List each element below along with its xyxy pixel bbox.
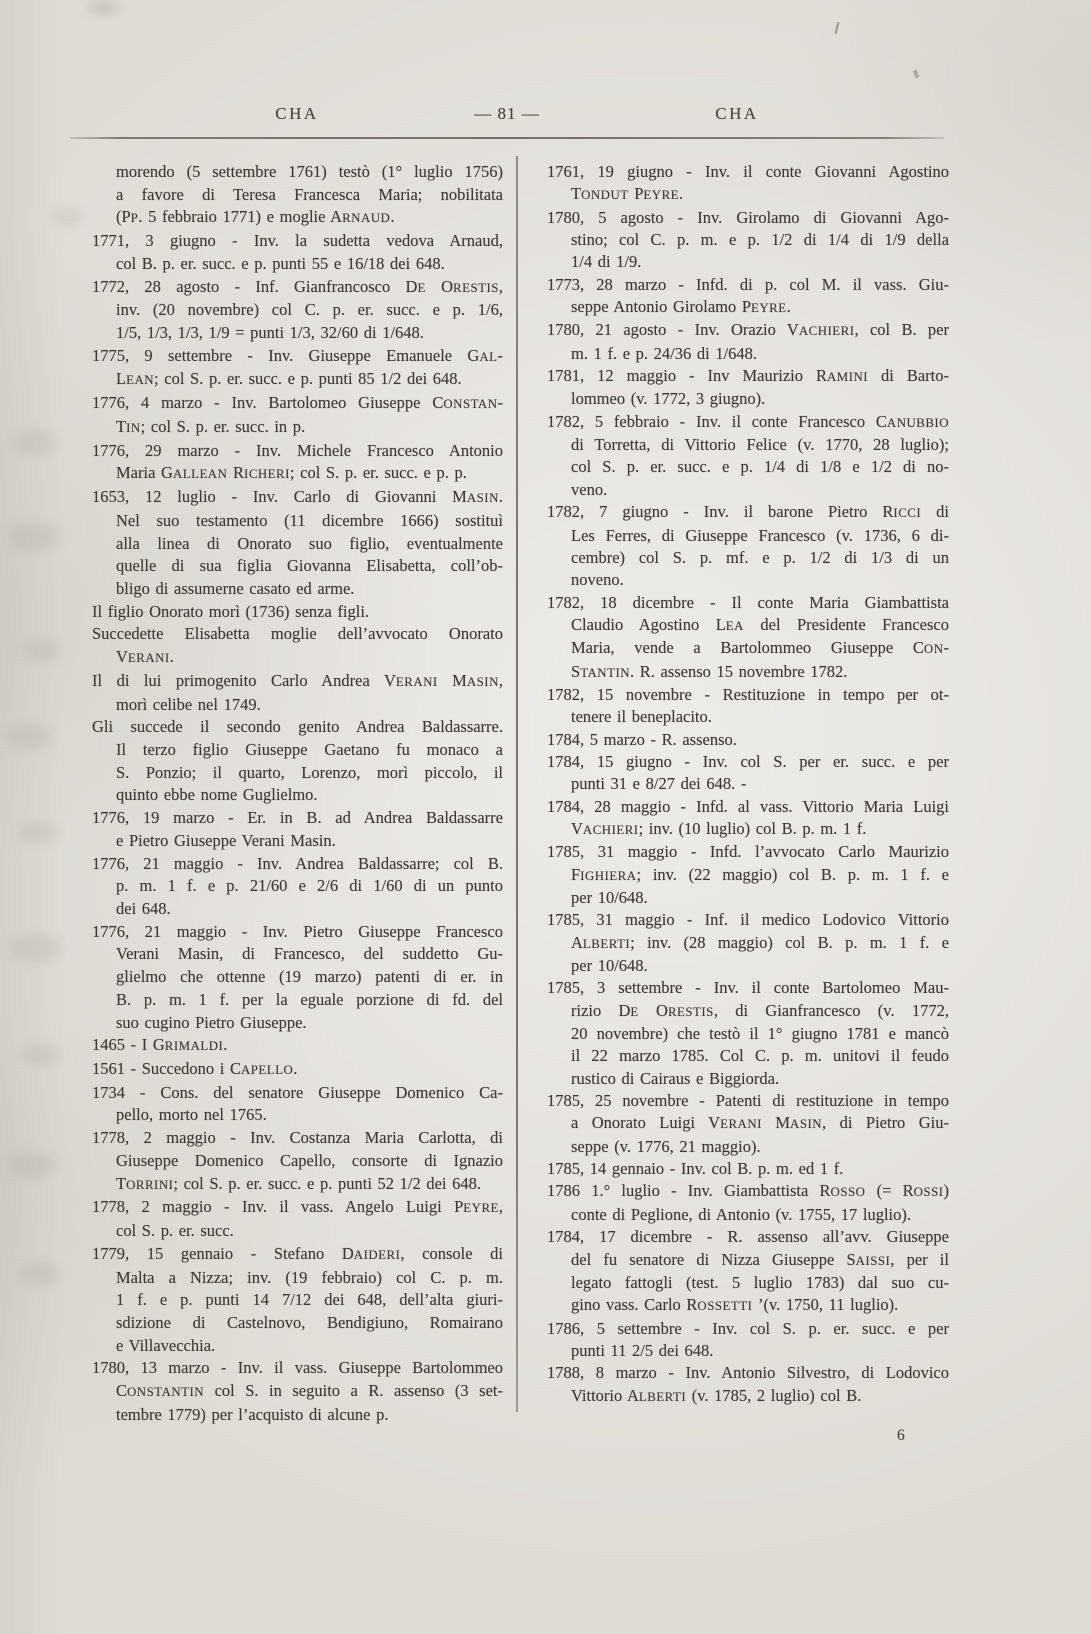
text-line: di Torretta, di Vittorio Felice (v. 1770… [547,434,949,456]
text-line: seppe (v. 1776, 21 maggio). [547,1136,949,1158]
text-line: Vittorio ALBERTI (v. 1785, 2 luglio) col… [547,1385,949,1408]
scan-smudge [8,522,60,552]
text-line: 1761, 19 giugno - Inv. il conte Giovanni… [547,161,949,183]
text-line: 1775, 9 settembre - Inv. Giuseppe Emanue… [92,345,503,369]
text-line: 20 novembre) che testò il 1° giugno 1781… [547,1023,949,1045]
text-line: CONSTANTIN col S. in seguito a R. assens… [92,1380,503,1404]
running-head-left: CHA [275,104,318,124]
text-line: Nel suo testamento (11 dicembre 1666) so… [92,510,503,533]
text-line: 1773, 28 marzo - Infd. di p. col M. il v… [547,274,949,296]
text-line: 1785, 31 maggio - Inf. il medico Lodovic… [547,909,949,931]
text-line: 1782, 15 novembre - Restituzione in temp… [547,684,949,706]
scan-smudge [18,822,58,844]
text-line: 1784, 5 marzo - R. assenso. [547,729,949,751]
text-line: alla linea di Onorato suo figlio, eventu… [92,533,503,556]
text-line: per 10/648. [547,887,949,909]
text-line: gino vass. Carlo ROSSETTI ’(v. 1750, 11 … [547,1294,949,1317]
text-line: Gli succede il secondo genito Andrea Bal… [92,716,503,739]
scan-smudge [14,430,56,456]
text-line: col S. p. er. succ. e p. 1/4 di 1/8 e 1/… [547,456,949,478]
text-line: 1784, 17 dicembre - R. assenso all’avv. … [547,1226,949,1248]
scan-smudge [86,2,120,14]
text-line: 1778, 2 maggio - Inv. Costanza Maria Car… [92,1127,503,1150]
text-line: inv. (20 novembre) col C. p. er. succ. e… [92,299,503,322]
scan-speck [835,22,840,34]
text-column-right: 1761, 19 giugno - Inv. il conte Giovanni… [547,161,949,1408]
text-line: 1/4 di 1/9. [547,251,949,273]
text-line: morì celibe nel 1749. [92,694,503,717]
text-line: TIN; col S. p. er. succ. in p. [92,416,503,440]
text-line: 1734 - Cons. del senatore Giuseppe Domen… [92,1082,503,1105]
text-line: quinto ebbe nome Guglielmo. [92,784,503,807]
text-line: il 22 marzo 1785. Col C. p. m. unitovi i… [547,1045,949,1067]
scan-smudge [8,1152,56,1178]
text-line: 1771, 3 giugno - Inv. la sudetta vedova … [92,230,503,253]
text-line: cembre) col S. p. mf. e p. 1/2 di 1/3 di… [547,547,949,569]
text-line: 1784, 28 maggio - Infd. al vass. Vittori… [547,796,949,818]
page-number: — 81 — [474,104,540,124]
text-line: bligo di assumerne casato ed arme. [92,578,503,601]
text-line: 1779, 15 gennaio - Stefano DAIDERI, cons… [92,1243,503,1267]
text-line: 1653, 12 luglio - Inv. Carlo di Giovanni… [92,486,503,510]
text-line: tenere il beneplacito. [547,706,949,728]
scan-speck [913,70,920,79]
text-line: 1780, 5 agosto - Inv. Girolamo di Giovan… [547,207,949,229]
text-line: 1786 1.° luglio - Inv. Giambattista ROSS… [547,1180,949,1203]
signature-mark: 6 [897,1427,905,1445]
text-line: S. Ponzio; il quarto, Lorenzo, morì picc… [92,762,503,785]
text-line: a Onorato Luigi VERANI MASIN, di Pietro … [547,1112,949,1135]
text-line: LEAN; col S. p. er. succ. e p. punti 85 … [92,368,503,392]
text-line: 1786, 5 settembre - Inv. col S. p. er. s… [547,1318,949,1340]
text-line: Maria GALLEAN RICHERI; col S. p. er. suc… [92,462,503,486]
text-line: 1782, 7 giugno - Inv. il barone Pietro R… [547,501,949,524]
text-line: Il terzo figlio Giuseppe Gaetano fu mona… [92,739,503,762]
text-line: Il di lui primogenito Carlo Andrea VERAN… [92,670,503,694]
text-line: col S. p. er. succ. [92,1220,503,1243]
text-line: col B. p. er. succ. e p. punti 55 e 16/1… [92,253,503,276]
running-head-right: CHA [715,104,758,124]
text-line: conte di Peglione, di Antonio (v. 1755, … [547,1204,949,1226]
text-line: 1780, 13 marzo - Inv. il vass. Giuseppe … [92,1357,503,1380]
book-page: CHA — 81 — CHA morendo (5 settembre 1761… [0,0,1091,1634]
text-line: a favore di Teresa Francesca Maria; nobi… [92,184,503,207]
text-line: rizio DE ORESTIS, di Gianfrancesco (v. 1… [547,1000,949,1023]
text-line: morendo (5 settembre 1761) testò (1° lug… [92,161,503,184]
text-line: 1785, 14 gennaio - Inv. col B. p. m. ed … [547,1158,949,1180]
text-line: Claudio Agostino LEA del Presidente Fran… [547,614,949,637]
text-line: noveno. [547,569,949,591]
text-line: TORRINI; col S. p. er. succ. e p. punti … [92,1173,503,1197]
text-line: 1781, 12 maggio - Inv Maurizio RAMINI di… [547,365,949,388]
text-line: rustico di Cairaus e Biggiorda. [547,1068,949,1090]
text-line: 1561 - Succedono i CAPELLO. [92,1058,503,1082]
text-line: 1776, 21 maggio - Inv. Andrea Baldassarr… [92,853,503,876]
text-line: 1785, 31 maggio - Infd. l’avvocato Carlo… [547,841,949,863]
text-line: B. p. m. 1 f. per la eguale porzione di … [92,989,503,1012]
text-line: 1778, 2 maggio - Inv. il vass. Angelo Lu… [92,1196,503,1220]
text-line: e Villavecchia. [92,1335,503,1358]
text-line: p. m. 1 f. e p. 21/60 e 2/6 di 1/60 di u… [92,875,503,898]
text-line: 1772, 28 agosto - Inf. Gianfrancosco DE … [92,276,503,300]
text-line: sdizione di Castelnovo, Bendigiuno, Roma… [92,1312,503,1335]
column-divider-rule [516,156,518,1412]
text-line: glielmo che ottenne (19 marzo) patenti d… [92,966,503,989]
text-line: 1776, 19 marzo - Er. in B. ad Andrea Bal… [92,807,503,830]
text-line: 1776, 4 marzo - Inv. Bartolomeo Giuseppe… [92,392,503,416]
text-line: FIGHIERA; inv. (22 maggio) col B. p. m. … [547,864,949,887]
text-line: 1 f. e p. punti 14 7/12 dei 648, dell’al… [92,1289,503,1312]
text-line: 1788, 8 marzo - Inv. Antonio Silvestro, … [547,1362,949,1384]
text-line: legato fattogli (test. 5 luglio 1783) da… [547,1272,949,1294]
text-line: 1782, 5 febbraio - Inv. il conte Frances… [547,411,949,434]
scan-smudge [52,208,82,226]
text-line: stino; col C. p. m. e p. 1/2 di 1/4 di 1… [547,229,949,251]
text-line: Giuseppe Domenico Capello, consorte di I… [92,1150,503,1173]
text-line: Verani Masin, di Francesco, del suddetto… [92,943,503,966]
text-line: Il figlio Onorato morì (1736) senza figl… [92,601,503,624]
text-line: suo cugino Pietro Giuseppe. [92,1012,503,1035]
text-line: TONDUT PEYRE. [547,183,949,206]
text-line: m. 1 f. e p. 24/36 di 1/648. [547,343,949,365]
scan-smudge [10,934,62,962]
text-line: 1782, 18 dicembre - Il conte Maria Giamb… [547,592,949,614]
text-line: 1465 - I GRIMALDI. [92,1034,503,1058]
text-line: punti 11 2/5 dei 648. [547,1340,949,1362]
text-line: per 10/648. [547,955,949,977]
text-line: STANTIN. R. assenso 15 novembre 1782. [547,661,949,684]
text-line: 1776, 29 marzo - Inv. Michele Francesco … [92,440,503,463]
scan-smudge [22,1044,60,1066]
text-line: 1/5, 1/3, 1/3, 1/9 = punti 1/3, 32/60 di… [92,322,503,345]
text-line: 1784, 15 giugno - Inv. col S. per er. su… [547,751,949,773]
text-line: 1785, 25 novembre - Patenti di restituzi… [547,1090,949,1112]
scan-smudge [20,1262,60,1286]
text-line: Succedette Elisabetta moglie dell’avvoca… [92,623,503,646]
text-column-left: morendo (5 settembre 1761) testò (1° lug… [92,161,503,1427]
text-line: quelle di sua figlia Giovanna Elisabetta… [92,555,503,578]
text-line: veno. [547,479,949,501]
text-line: 1776, 21 maggio - Inv. Pietro Giuseppe F… [92,921,503,944]
text-line: punti 31 e 8/27 dei 648. - [547,773,949,795]
text-line: Maria, vende a Bartolommeo Giuseppe CON- [547,637,949,660]
header-rule [70,137,944,139]
text-line: ALBERTI; inv. (28 maggio) col B. p. m. 1… [547,932,949,955]
text-line: Les Ferres, di Giuseppe Francesco (v. 17… [547,525,949,547]
text-line: lommeo (v. 1772, 3 giugno). [547,388,949,410]
text-line: tembre 1779) per l’acquisto di alcune p. [92,1404,503,1427]
text-line: VACHIERI; inv. (10 luglio) col B. p. m. … [547,818,949,841]
text-line: (PP. 5 febbraio 1771) e moglie ARNAUD. [92,206,503,230]
text-line: e Pietro Giuseppe Verani Masin. [92,830,503,853]
scan-smudge [6,724,52,750]
text-line: 1780, 21 agosto - Inv. Orazio VACHIERI, … [547,319,949,342]
text-line: 1785, 3 settembre - Inv. il conte Bartol… [547,977,949,999]
text-line: seppe Antonio Girolamo PEYRE. [547,296,949,319]
text-line: VERANI. [92,646,503,670]
scan-smudge [24,640,60,662]
text-line: del fu senatore di Nizza Giuseppe SAISSI… [547,1249,949,1272]
text-line: pello, morto nel 1765. [92,1104,503,1127]
text-line: Malta a Nizza; inv. (19 febbraio) col C.… [92,1267,503,1290]
text-line: dei 648. [92,898,503,921]
